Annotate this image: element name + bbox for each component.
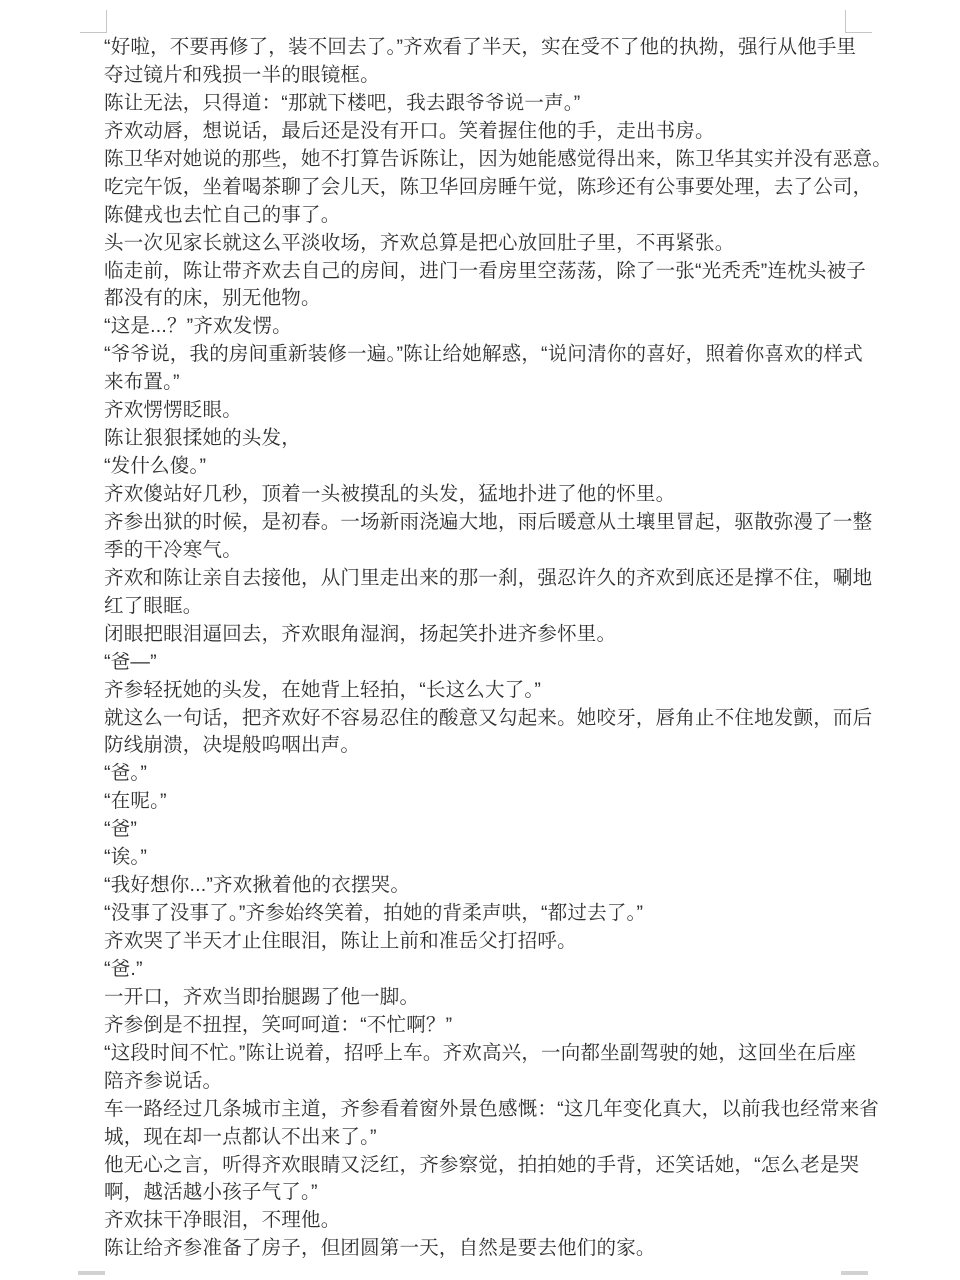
- text-boundary-mark-top-left: [80, 10, 107, 33]
- text-line: 他无心之言，听得齐欢眼睛又泛红，齐参察觉，拍拍她的手背，还笑话她，“怎么老是哭: [104, 1152, 860, 1180]
- text-line: 一开口，齐欢当即抬腿踢了他一脚。: [104, 984, 860, 1012]
- text-line: 季的干冷寒气。: [104, 537, 860, 565]
- text-line: 齐欢愣愣眨眼。: [104, 397, 860, 425]
- text-line: “好啦，不要再修了，装不回去了。”齐欢看了半天，实在受不了他的执拗，强行从他手里: [104, 34, 860, 62]
- text-line: 夺过镜片和残损一半的眼镜框。: [104, 62, 860, 90]
- text-line: 齐欢傻站好几秒，顶着一头被摸乱的头发，猛地扑进了他的怀里。: [104, 481, 860, 509]
- text-line: 齐欢哭了半天才止住眼泪，陈让上前和准岳父打招呼。: [104, 928, 860, 956]
- text-line: “爸.”: [104, 956, 860, 984]
- text-line: 陈健戎也去忙自己的事了。: [104, 202, 860, 230]
- text-line: “诶。”: [104, 844, 860, 872]
- text-line: 车一路经过几条城市主道，齐参看着窗外景色感慨：“这几年变化真大，以前我也经常来省: [104, 1096, 860, 1124]
- text-line: 陈让狠狠揉她的头发，: [104, 425, 860, 453]
- text-line: 城，现在却一点都认不出来了。”: [104, 1124, 860, 1152]
- text-line: 齐参轻抚她的头发，在她背上轻拍，“长这么大了。”: [104, 677, 860, 705]
- text-line: 陈让无法，只得道：“那就下楼吧，我去跟爷爷说一声。”: [104, 90, 860, 118]
- text-boundary-mark-top-right: [845, 10, 872, 33]
- text-line: 吃完午饭，坐着喝茶聊了会儿天，陈卫华回房睡午觉，陈珍还有公事要处理，去了公司，: [104, 174, 860, 202]
- text-line: 啊，越活越小孩子气了。”: [104, 1179, 860, 1207]
- text-line: 就这么一句话，把齐欢好不容易忍住的酸意又勾起来。她咬牙，唇角止不住地发颤，而后: [104, 705, 860, 733]
- text-line: 红了眼眶。: [104, 593, 860, 621]
- text-line: “爷爷说，我的房间重新装修一遍。”陈让给她解惑，“说问清你的喜好，照着你喜欢的样…: [104, 341, 860, 369]
- text-line: 陪齐参说话。: [104, 1068, 860, 1096]
- text-line: 齐欢和陈让亲自去接他，从门里走出来的那一刹，强忍许久的齐欢到底还是撑不住，唰地: [104, 565, 860, 593]
- text-boundary-mark-bottom-right: [841, 1271, 868, 1275]
- text-line: 齐欢抹干净眼泪，不理他。: [104, 1207, 860, 1235]
- text-line: 陈让给齐参准备了房子，但团圆第一天，自然是要去他们的家。: [104, 1235, 860, 1263]
- novel-text: “好啦，不要再修了，装不回去了。”齐欢看了半天，实在受不了他的执拗，强行从他手里…: [104, 34, 860, 1263]
- text-line: “爸。”: [104, 760, 860, 788]
- text-line: 陈卫华对她说的那些，她不打算告诉陈让，因为她能感觉得出来，陈卫华其实并没有恶意。: [104, 146, 860, 174]
- text-line: 齐参出狱的时候，是初春。一场新雨浇遍大地，雨后暖意从土壤里冒起，驱散弥漫了一整: [104, 509, 860, 537]
- text-line: 来布置。”: [104, 369, 860, 397]
- document-page: “好啦，不要再修了，装不回去了。”齐欢看了半天，实在受不了他的执拗，强行从他手里…: [0, 0, 960, 1280]
- text-line: 临走前，陈让带齐欢去自己的房间，进门一看房里空荡荡，除了一张“光秃秃”连枕头被子: [104, 258, 860, 286]
- text-line: 齐欢动唇，想说话，最后还是没有开口。笑着握住他的手，走出书房。: [104, 118, 860, 146]
- text-line: “没事了没事了。”齐参始终笑着，拍她的背柔声哄，“都过去了。”: [104, 900, 860, 928]
- text-line: “这段时间不忙。”陈让说着，招呼上车。齐欢高兴，一向都坐副驾驶的她，这回坐在后座: [104, 1040, 860, 1068]
- text-line: 都没有的床，别无他物。: [104, 285, 860, 313]
- text-line: 头一次见家长就这么平淡收场，齐欢总算是把心放回肚子里，不再紧张。: [104, 230, 860, 258]
- text-line: 齐参倒是不扭捏，笑呵呵道：“不忙啊？”: [104, 1012, 860, 1040]
- text-line: “爸”: [104, 816, 860, 844]
- text-line: “我好想你...”齐欢揪着他的衣摆哭。: [104, 872, 860, 900]
- text-line: 防线崩溃，决堤般呜咽出声。: [104, 732, 860, 760]
- text-line: “这是...？”齐欢发愣。: [104, 313, 860, 341]
- text-line: 闭眼把眼泪逼回去，齐欢眼角湿润，扬起笑扑进齐参怀里。: [104, 621, 860, 649]
- text-line: “发什么傻。”: [104, 453, 860, 481]
- text-line: “爸—”: [104, 649, 860, 677]
- text-line: “在呢。”: [104, 788, 860, 816]
- text-boundary-mark-bottom-left: [78, 1271, 105, 1275]
